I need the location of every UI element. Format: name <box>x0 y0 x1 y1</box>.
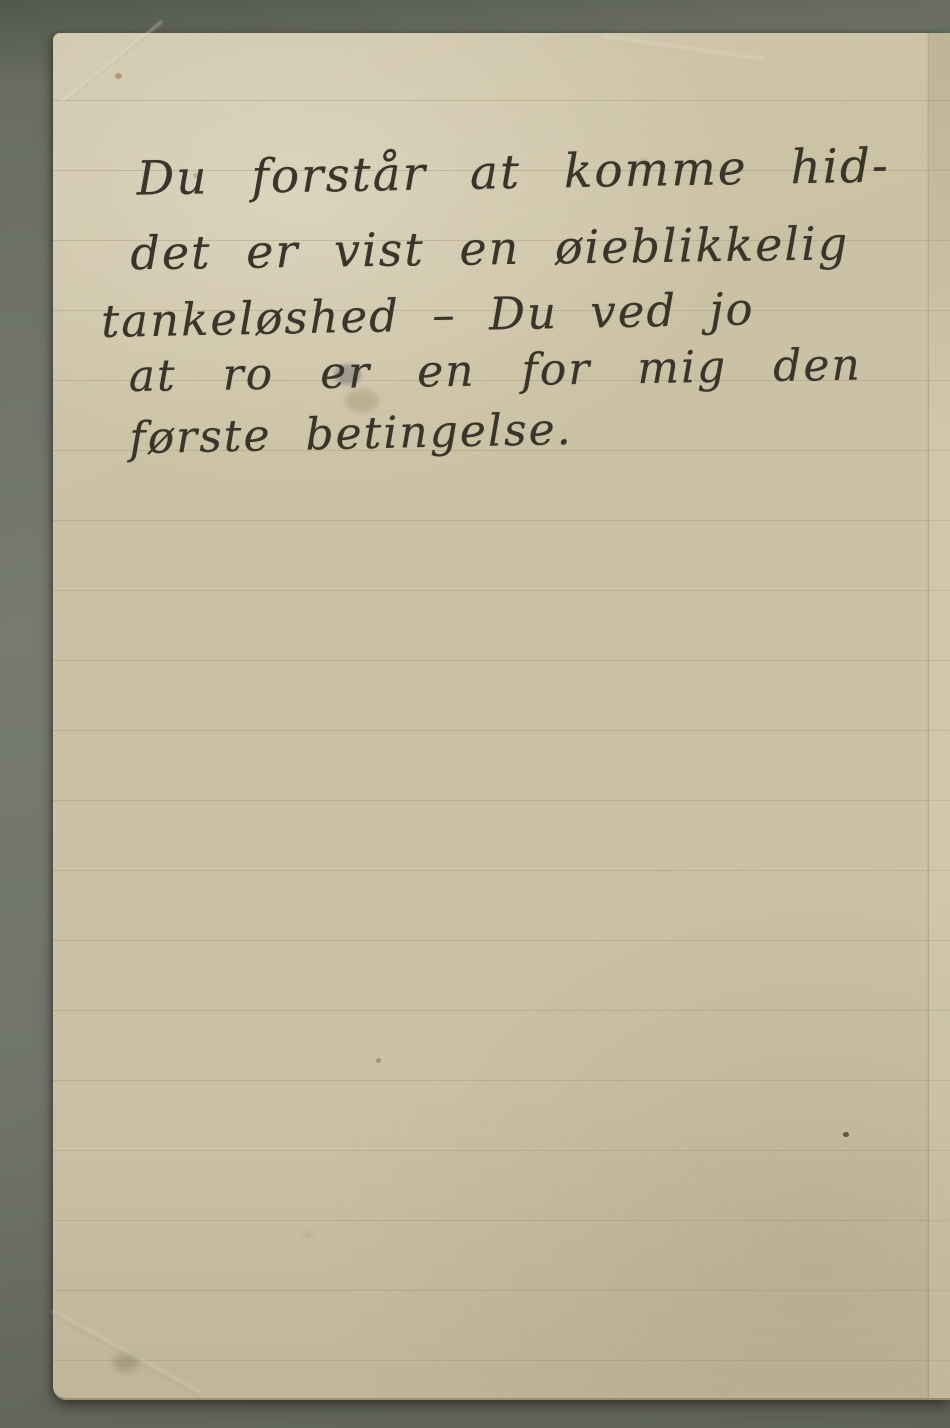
paper-stain <box>113 1355 139 1371</box>
ruled-line <box>53 1360 950 1361</box>
ruled-line <box>53 940 950 941</box>
paper-stain <box>376 1058 381 1063</box>
ruled-line <box>53 590 950 591</box>
ruled-line <box>53 100 950 101</box>
ruled-line <box>53 800 950 801</box>
corner-crease-bottom-left <box>51 1310 202 1396</box>
handwritten-line-1: Du forstår at komme hid- <box>136 137 949 227</box>
paper-stain <box>843 1132 849 1137</box>
ruled-line <box>53 1150 950 1151</box>
paper-stain <box>115 73 122 79</box>
handwritten-text-block: Du forstår at komme hid- det er vist en … <box>51 140 950 469</box>
wrinkle-top-center <box>602 36 766 63</box>
ruled-line <box>53 730 950 731</box>
letter-page: Du forstår at komme hid- det er vist en … <box>53 33 950 1400</box>
ruled-line <box>53 520 950 521</box>
paper-stain <box>303 1231 312 1238</box>
corner-crease-top-left <box>61 20 164 104</box>
ruled-line <box>53 1010 950 1011</box>
ruled-line <box>53 1220 950 1221</box>
ruled-line <box>53 870 950 871</box>
ruled-line <box>53 1080 950 1081</box>
ruled-line <box>53 1290 950 1291</box>
scan-backdrop: Du forstår at komme hid- det er vist en … <box>0 0 950 1428</box>
ruled-line <box>53 660 950 661</box>
